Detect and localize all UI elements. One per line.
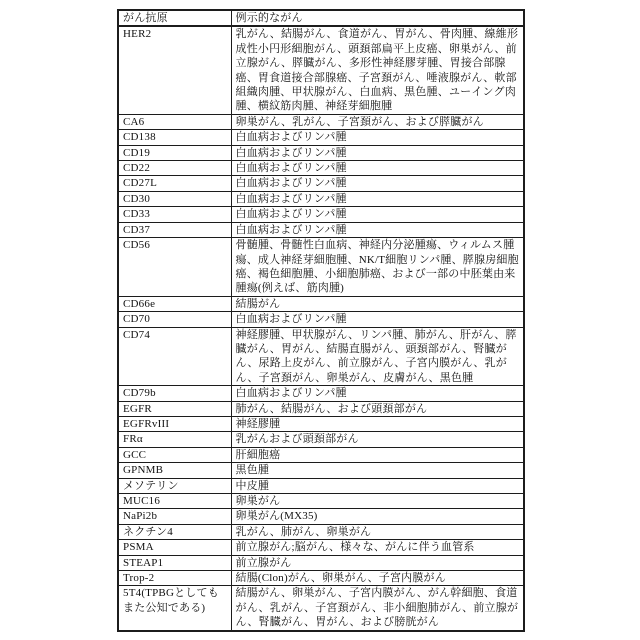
antigen-cell: CD66e	[118, 296, 231, 311]
table-row: PSMA前立腺がん;脳がん、様々な、がんに伴う血管系	[118, 540, 524, 555]
table-row: ネクチン4乳がん、肺がん、卵巣がん	[118, 524, 524, 539]
table-row: メソテリン中皮腫	[118, 478, 524, 493]
header-cancers: 例示的ながん	[231, 10, 524, 26]
table-row: EGFR肺がん、結腸がん、および頭頚部がん	[118, 401, 524, 416]
antigen-cell: 5T4(TPBGとしてもまた公知である)	[118, 586, 231, 631]
table-body: HER2乳がん、結腸がん、食道がん、胃がん、骨肉腫、線維形成性小円形細胞がん、頭…	[118, 26, 524, 630]
table-row: 5T4(TPBGとしてもまた公知である)結腸がん、卵巣がん、子宮内膜がん、がん幹…	[118, 586, 524, 631]
table-row: CD33白血病およびリンパ腫	[118, 207, 524, 222]
cancers-cell: 肺がん、結腸がん、および頭頚部がん	[231, 401, 524, 416]
header-row: がん抗原 例示的ながん	[118, 10, 524, 26]
cancers-cell: 白血病およびリンパ腫	[231, 312, 524, 327]
table-row: HER2乳がん、結腸がん、食道がん、胃がん、骨肉腫、線維形成性小円形細胞がん、頭…	[118, 26, 524, 114]
antigen-cell: Trop-2	[118, 571, 231, 586]
table-row: CD70白血病およびリンパ腫	[118, 312, 524, 327]
antigen-cell: CD74	[118, 327, 231, 386]
antigen-cell: CD56	[118, 238, 231, 297]
antigen-cell: CD70	[118, 312, 231, 327]
document-page: がん抗原 例示的ながん HER2乳がん、結腸がん、食道がん、胃がん、骨肉腫、線維…	[0, 0, 640, 640]
antigen-cell: CD22	[118, 161, 231, 176]
antigen-cell: GPNMB	[118, 463, 231, 478]
table-row: GCC肝細胞癌	[118, 447, 524, 462]
table-row: Trop-2結腸(Clon)がん、卵巣がん、子宮内膜がん	[118, 571, 524, 586]
cancers-cell: 乳がん、結腸がん、食道がん、胃がん、骨肉腫、線維形成性小円形細胞がん、頭頚部扁平…	[231, 26, 524, 114]
antigen-cell: MUC16	[118, 494, 231, 509]
cancers-cell: 骨髄腫、骨髄性白血病、神経内分泌腫瘍、ウィルムス腫瘍、成人神経芽細胞腫、NK/T…	[231, 238, 524, 297]
cancers-cell: 前立腺がん	[231, 555, 524, 570]
table-row: GPNMB黒色腫	[118, 463, 524, 478]
header-antigen: がん抗原	[118, 10, 231, 26]
antigen-cell: CD79b	[118, 386, 231, 401]
cancers-cell: 前立腺がん;脳がん、様々な、がんに伴う血管系	[231, 540, 524, 555]
antigen-cell: NaPi2b	[118, 509, 231, 524]
antigen-cell: ネクチン4	[118, 524, 231, 539]
cancers-cell: 白血病およびリンパ腫	[231, 176, 524, 191]
cancer-antigen-table: がん抗原 例示的ながん HER2乳がん、結腸がん、食道がん、胃がん、骨肉腫、線維…	[117, 9, 525, 632]
table-row: CD27L白血病およびリンパ腫	[118, 176, 524, 191]
antigen-cell: EGFR	[118, 401, 231, 416]
cancers-cell: 黒色腫	[231, 463, 524, 478]
table-row: NaPi2b卵巣がん(MX35)	[118, 509, 524, 524]
table-row: EGFRvIII神経膠腫	[118, 416, 524, 431]
antigen-cell: STEAP1	[118, 555, 231, 570]
cancers-cell: 結腸がん	[231, 296, 524, 311]
antigen-cell: FRα	[118, 432, 231, 447]
table-row: CA6卵巣がん、乳がん、子宮頚がん、および膵臓がん	[118, 114, 524, 129]
antigen-cell: PSMA	[118, 540, 231, 555]
antigen-cell: CA6	[118, 114, 231, 129]
cancers-cell: 結腸がん、卵巣がん、子宮内膜がん、がん幹細胞、食道がん、乳がん、子宮頚がん、非小…	[231, 586, 524, 631]
cancers-cell: 白血病およびリンパ腫	[231, 191, 524, 206]
cancers-cell: 肝細胞癌	[231, 447, 524, 462]
antigen-cell: CD30	[118, 191, 231, 206]
table-row: STEAP1前立腺がん	[118, 555, 524, 570]
table-row: CD19白血病およびリンパ腫	[118, 145, 524, 160]
antigen-cell: CD19	[118, 145, 231, 160]
cancers-cell: 白血病およびリンパ腫	[231, 207, 524, 222]
table-row: CD138白血病およびリンパ腫	[118, 130, 524, 145]
cancers-cell: 白血病およびリンパ腫	[231, 386, 524, 401]
antigen-cell: CD37	[118, 222, 231, 237]
table-row: CD66e結腸がん	[118, 296, 524, 311]
table-row: CD30白血病およびリンパ腫	[118, 191, 524, 206]
antigen-cell: メソテリン	[118, 478, 231, 493]
cancers-cell: 白血病およびリンパ腫	[231, 145, 524, 160]
antigen-cell: CD27L	[118, 176, 231, 191]
antigen-cell: CD138	[118, 130, 231, 145]
table-row: CD74神経膠腫、甲状腺がん、リンパ腫、肺がん、肝がん、膵臓がん、胃がん、結腸直…	[118, 327, 524, 386]
cancers-cell: 結腸(Clon)がん、卵巣がん、子宮内膜がん	[231, 571, 524, 586]
table-row: FRα乳がんおよび頭頚部がん	[118, 432, 524, 447]
antigen-cell: EGFRvIII	[118, 416, 231, 431]
antigen-cell: CD33	[118, 207, 231, 222]
table-row: CD79b白血病およびリンパ腫	[118, 386, 524, 401]
cancers-cell: 白血病およびリンパ腫	[231, 222, 524, 237]
antigen-cell: GCC	[118, 447, 231, 462]
table-row: MUC16卵巣がん	[118, 494, 524, 509]
cancers-cell: 卵巣がん、乳がん、子宮頚がん、および膵臓がん	[231, 114, 524, 129]
cancers-cell: 神経膠腫	[231, 416, 524, 431]
cancers-cell: 神経膠腫、甲状腺がん、リンパ腫、肺がん、肝がん、膵臓がん、胃がん、結腸直腸がん、…	[231, 327, 524, 386]
cancers-cell: 白血病およびリンパ腫	[231, 161, 524, 176]
table-row: CD56骨髄腫、骨髄性白血病、神経内分泌腫瘍、ウィルムス腫瘍、成人神経芽細胞腫、…	[118, 238, 524, 297]
cancers-cell: 卵巣がん(MX35)	[231, 509, 524, 524]
antigen-cell: HER2	[118, 26, 231, 114]
cancers-cell: 白血病およびリンパ腫	[231, 130, 524, 145]
table-row: CD37白血病およびリンパ腫	[118, 222, 524, 237]
cancers-cell: 乳がん、肺がん、卵巣がん	[231, 524, 524, 539]
table-row: CD22白血病およびリンパ腫	[118, 161, 524, 176]
cancers-cell: 卵巣がん	[231, 494, 524, 509]
cancers-cell: 乳がんおよび頭頚部がん	[231, 432, 524, 447]
cancers-cell: 中皮腫	[231, 478, 524, 493]
